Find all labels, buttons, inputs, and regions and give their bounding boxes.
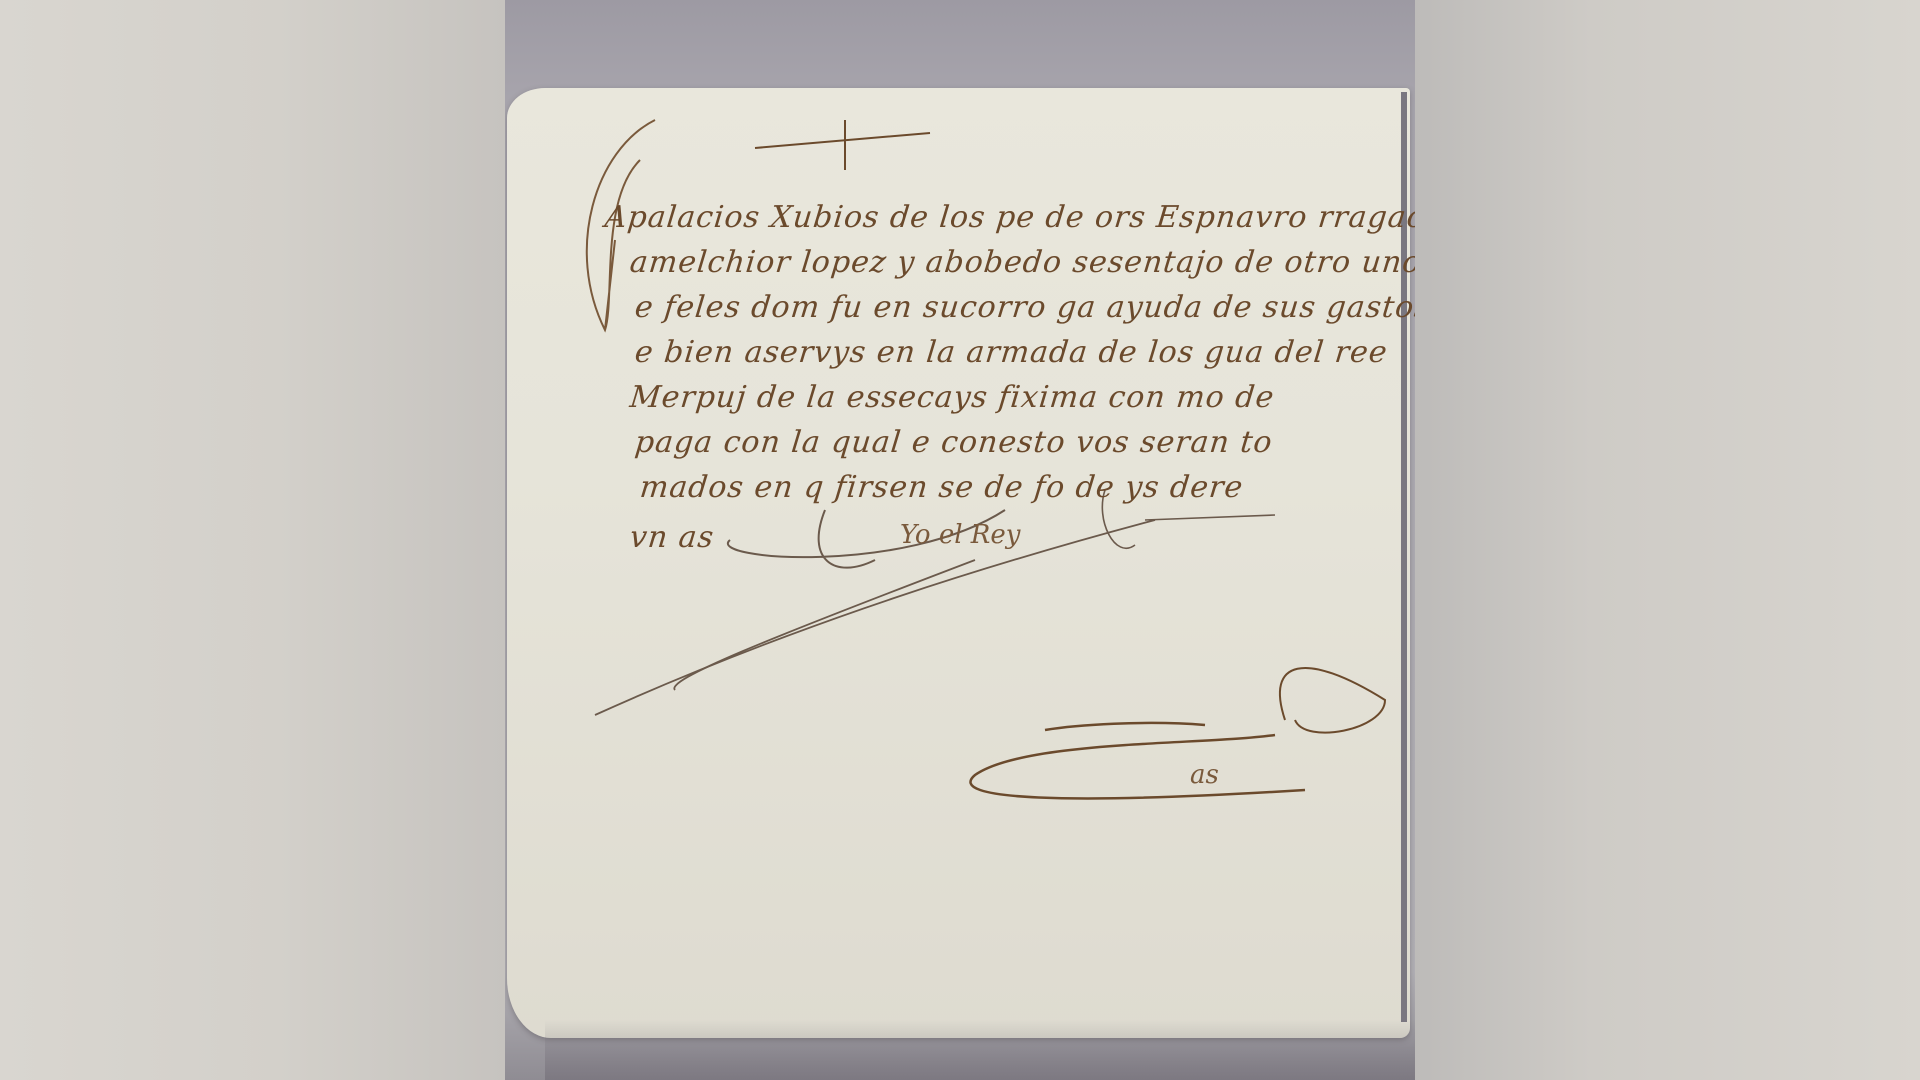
- manuscript-line: vn as: [628, 520, 716, 555]
- manuscript-line: Apalacios Xubios de los pe de ors Espnav…: [603, 200, 1415, 235]
- manuscript-line: amelchior lopez y abobedo sesentajo de o…: [628, 245, 1415, 280]
- manuscript-line: e bien aservys en la armada de los gua d…: [633, 335, 1389, 370]
- background-left: [0, 0, 505, 1080]
- signature-king: Yo el Rey: [900, 520, 1020, 550]
- signature-rubric-text: as: [1190, 760, 1219, 790]
- manuscript-line: mados en q firsen se de fo de ys dere: [638, 470, 1245, 505]
- manuscript-line: Merpuj de la essecays fixima con mo de: [628, 380, 1276, 415]
- manuscript-line: e feles dom fu en sucorro ga ayuda de su…: [633, 290, 1415, 325]
- manuscript-text: Apalacios Xubios de los pe de ors Espnav…: [505, 0, 1415, 1080]
- background-right: [1415, 0, 1920, 1080]
- manuscript-line: paga con la qual e conesto vos seran to: [633, 425, 1274, 460]
- manuscript-photo: Apalacios Xubios de los pe de ors Espnav…: [505, 0, 1415, 1080]
